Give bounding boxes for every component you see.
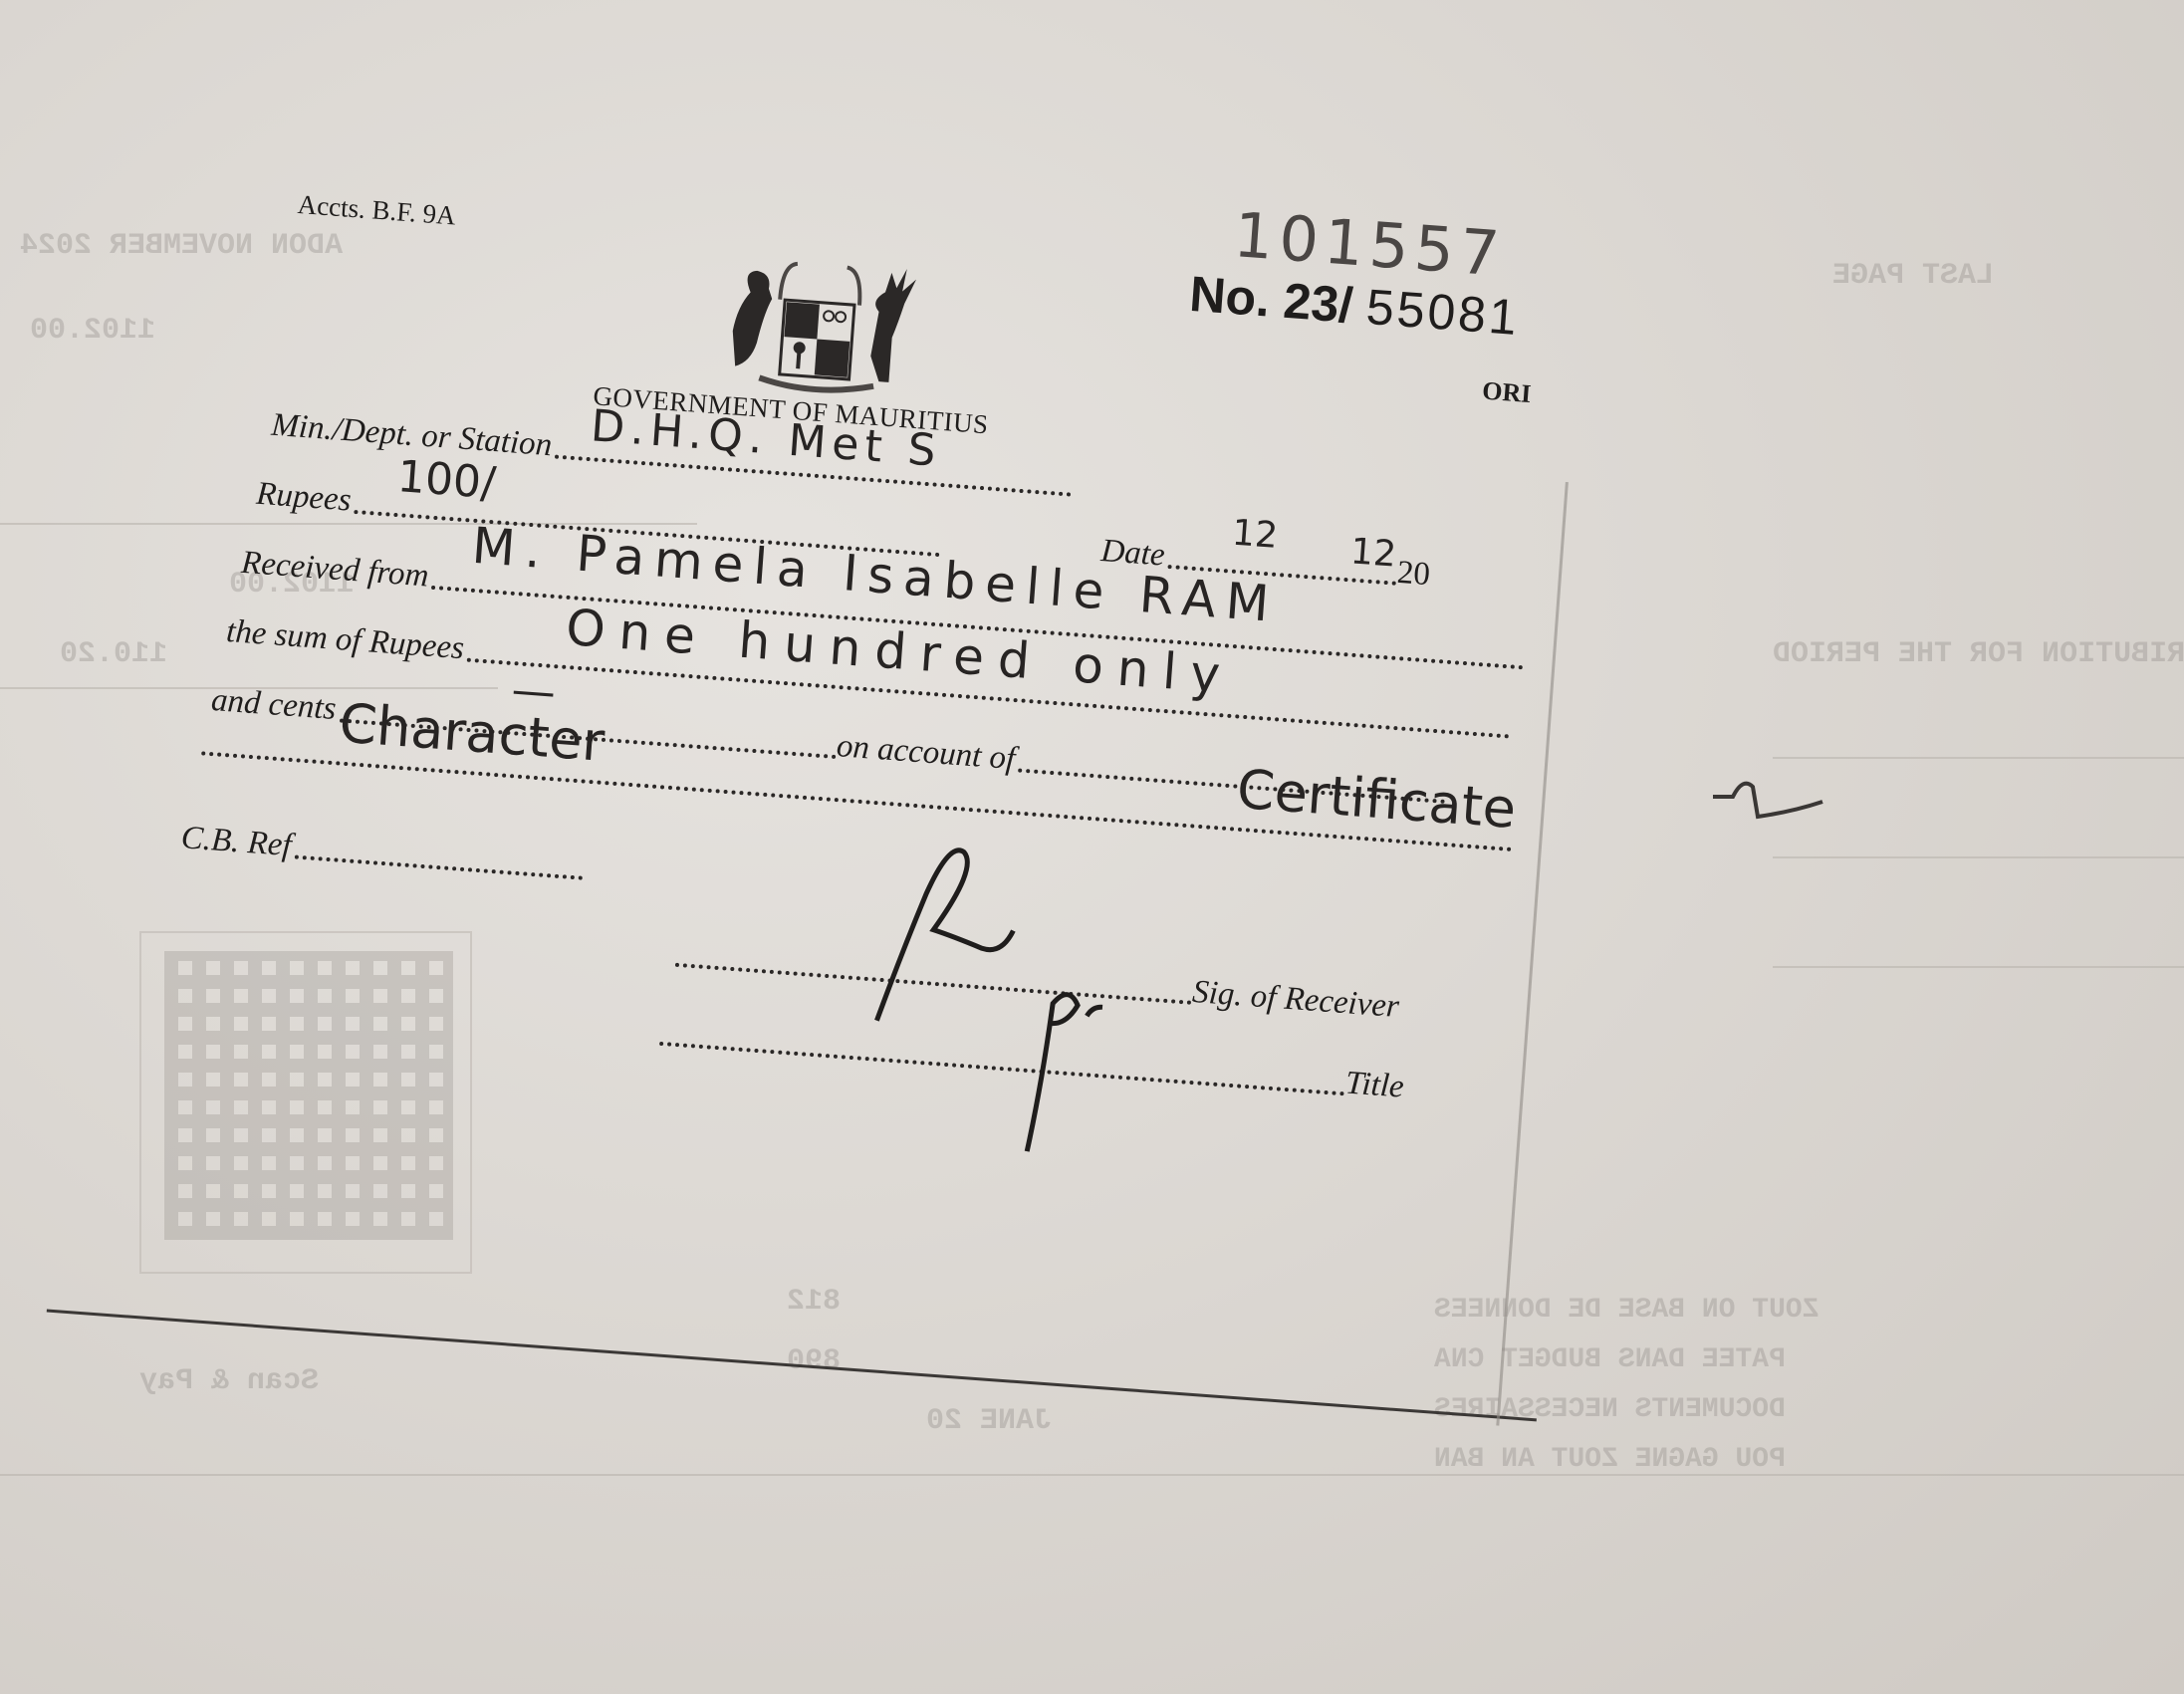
serial-prefix: No. 23/ xyxy=(1188,266,1355,334)
field-label: Sig. of Receiver xyxy=(1191,974,1400,1026)
slip-edge xyxy=(1496,482,1569,1426)
field-label: Received from xyxy=(240,545,430,596)
field-value-date-month[interactable]: 12 xyxy=(1349,531,1398,575)
bleed-text: CONTRIBUTION FOR THE PERIOD xyxy=(1773,637,2184,671)
stray-pen-mark xyxy=(1713,757,1872,837)
receipt: Accts. B.F. 9A 101557 No. 23/ 55081 ORI … xyxy=(208,189,1749,1528)
serial-number: 55081 xyxy=(1364,279,1522,346)
bleed-text: 110.20 xyxy=(60,637,167,671)
title-initials xyxy=(997,960,1130,1167)
bleed-text: LAST PAGE xyxy=(1832,259,1994,293)
field-label: Title xyxy=(1344,1065,1405,1105)
copy-label: ORI xyxy=(1481,376,1532,410)
field-label: Rupees xyxy=(255,476,353,520)
coat-of-arms-icon xyxy=(703,250,932,415)
date-year-prefix: 20 xyxy=(1396,555,1432,594)
bleed-text: 1102.00 xyxy=(30,314,155,348)
field-value-rupees[interactable]: 100/ xyxy=(395,451,497,509)
bleed-rule xyxy=(1773,856,2184,858)
bleed-rule xyxy=(1773,966,2184,968)
slip-edge xyxy=(47,1309,1537,1421)
field-value-date-day[interactable]: 12 xyxy=(1231,513,1280,557)
